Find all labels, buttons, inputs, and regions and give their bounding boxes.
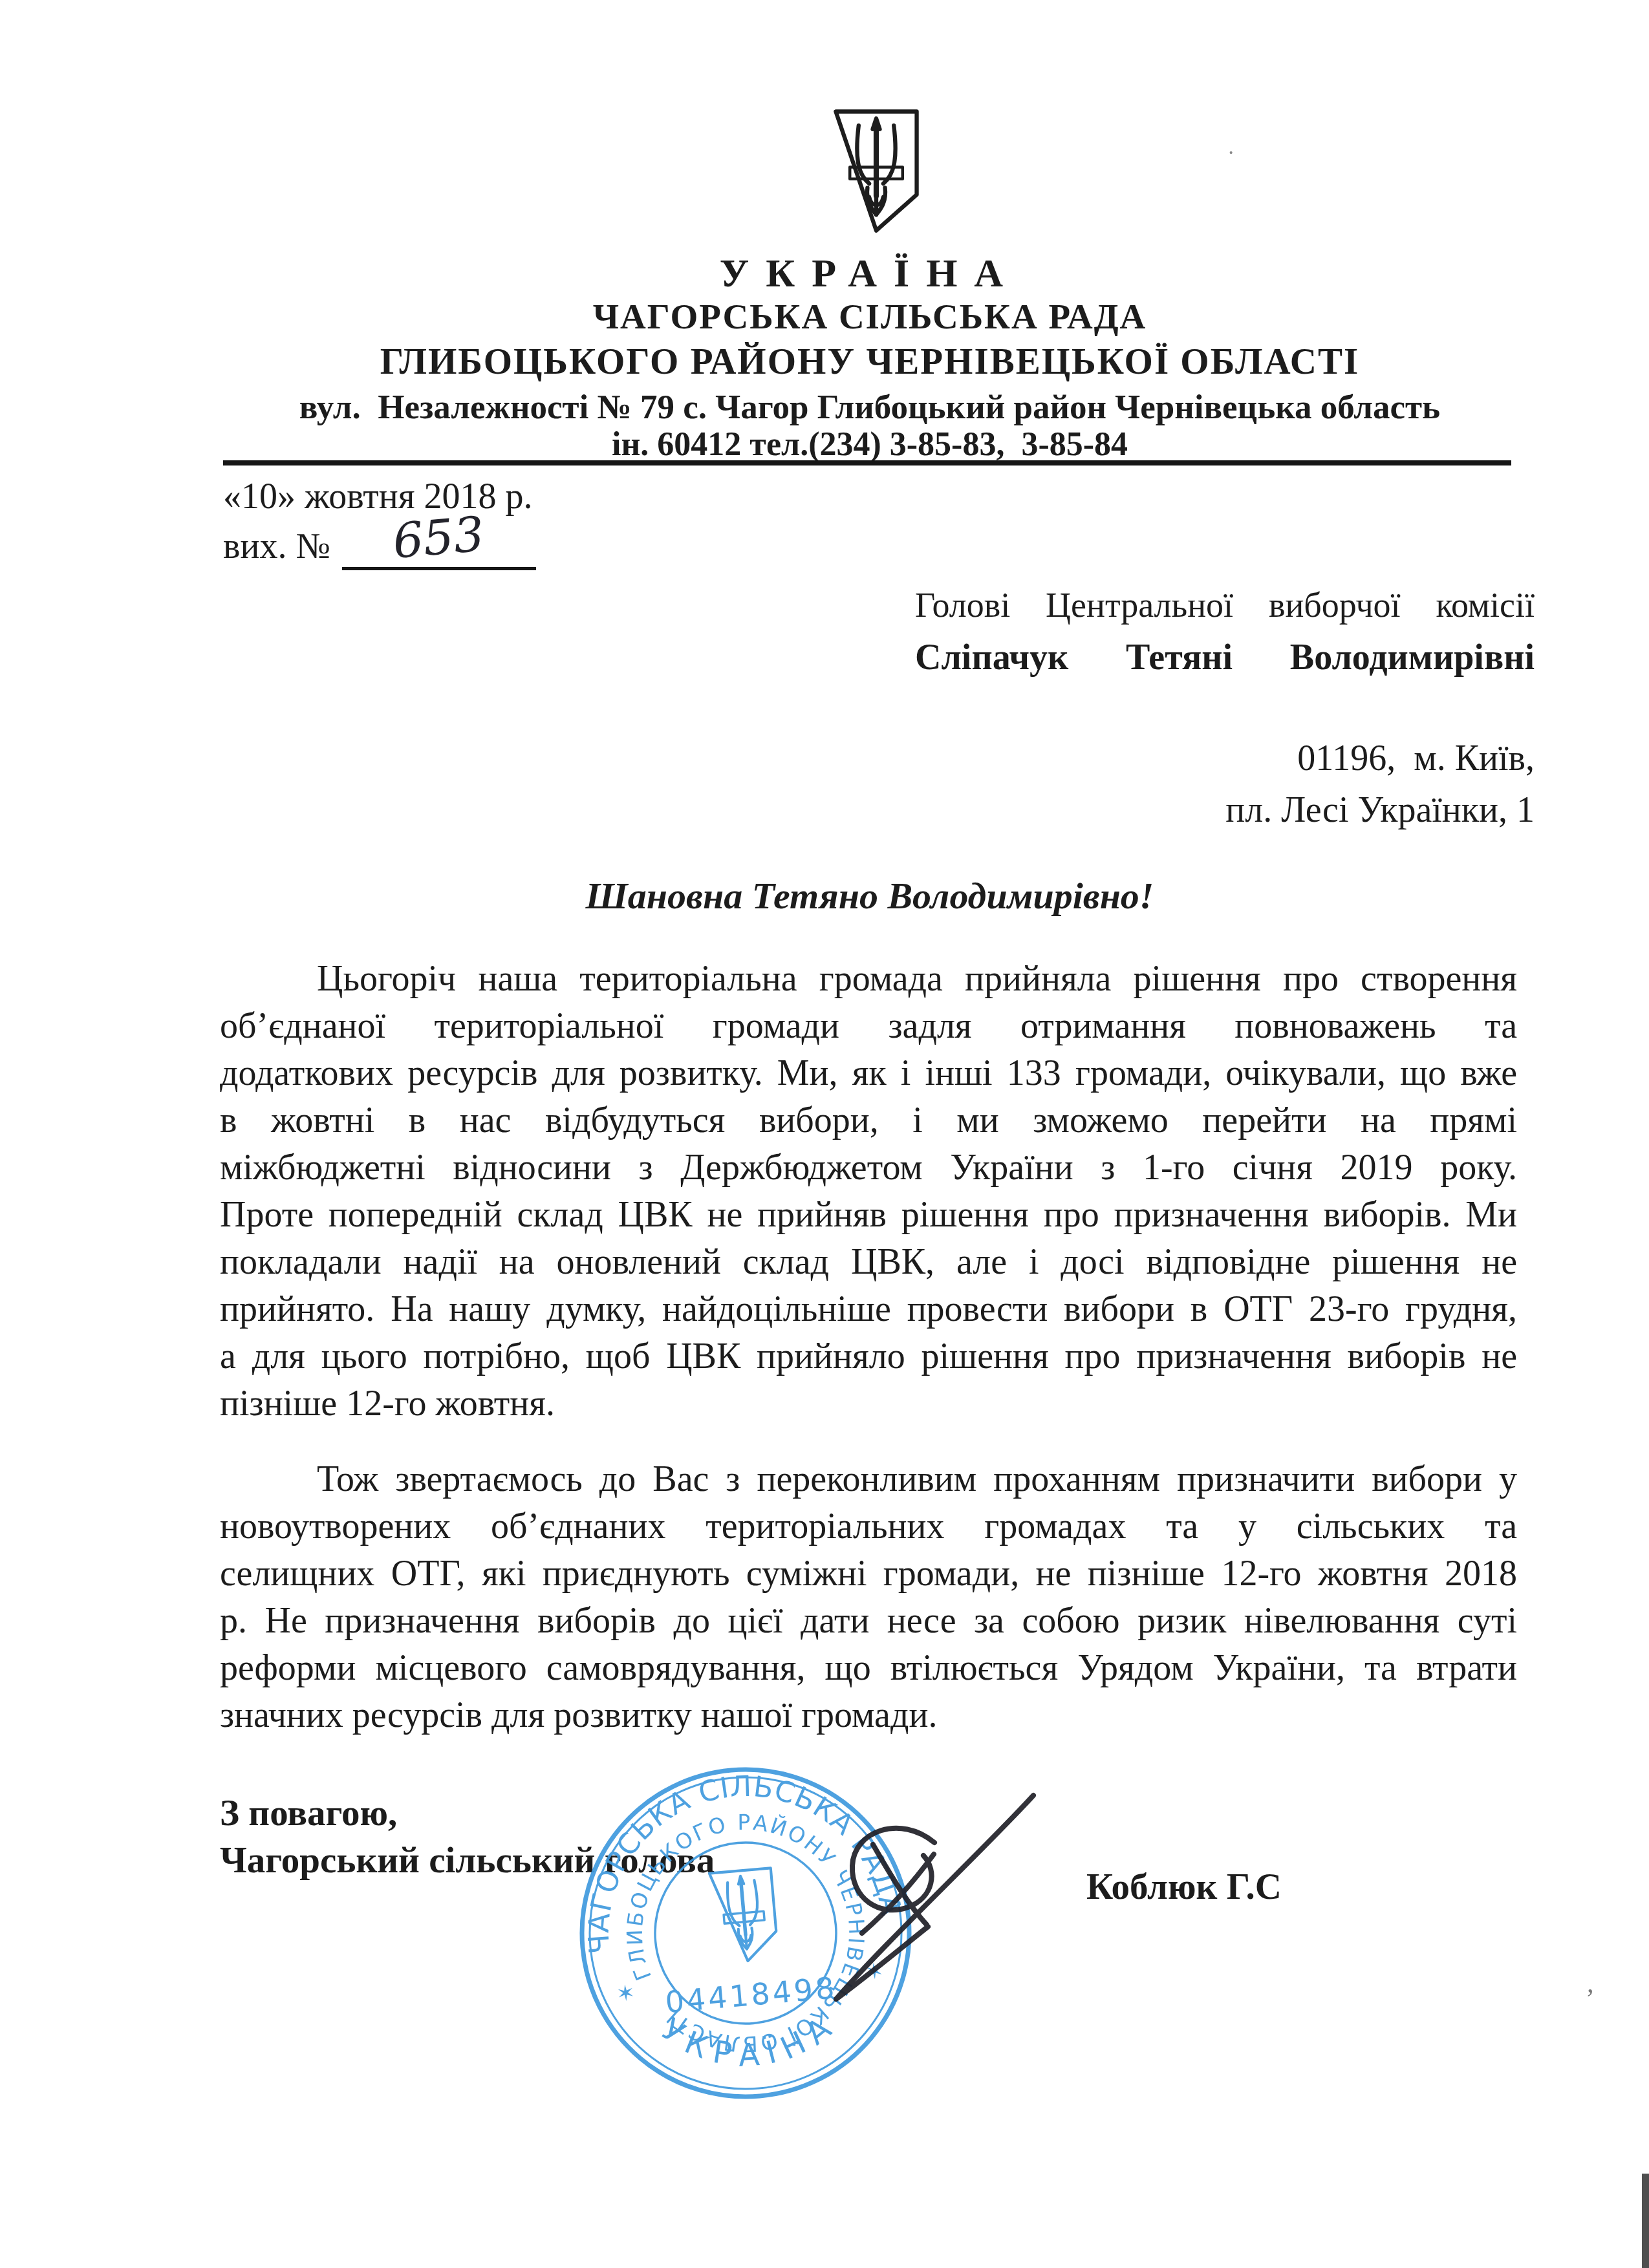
letterhead-country: УКРАЇНА	[220, 251, 1520, 297]
tryzub-coat-of-arms-icon	[832, 107, 920, 235]
ref-underline: 653	[342, 522, 536, 570]
letterhead-contacts: ін. 60412 тел.(234) 3-85-83, 3-85-84	[220, 425, 1520, 464]
body-paragraph: Тож звертаємось до Вас з переконливим пр…	[220, 1456, 1517, 1739]
body-line: реформи місцевого самоврядування, що вті…	[220, 1645, 1517, 1692]
body-line: а для цього потрібно, щоб ЦВК прийняло р…	[220, 1333, 1517, 1380]
letterhead-divider	[223, 460, 1511, 465]
addressee-block: Голові Центральної виборчої комісії Сліп…	[915, 585, 1535, 831]
stamp-star-left-icon: ✶	[616, 1981, 636, 2006]
letterhead-address: вул. Незалежності № 79 с. Чагор Глибоцьк…	[220, 388, 1520, 427]
body-paragraph: Цьогоріч наша територіальна громада прий…	[220, 956, 1517, 1428]
addressee-position: Голові Центральної виборчої комісії	[915, 585, 1535, 625]
body-line: об’єднаної територіальної громади задля …	[220, 1003, 1517, 1050]
letter-date: «10» жовтня 2018 р.	[223, 476, 533, 517]
official-round-stamp: ЧАГОРСЬКА СІЛЬСЬКА РАДА УКРАЇНА ГЛИБОЦЬК…	[550, 1738, 941, 2128]
addressee-name: Сліпачук Тетяні Володимирівні	[915, 637, 1535, 678]
stamp-tryzub-icon	[709, 1868, 779, 1963]
salutation: Шановна Тетяно Володимирівно!	[220, 874, 1520, 917]
body-line: р. Не призначення виборів до цієї дати н…	[220, 1598, 1517, 1645]
body-line: покладали надії на оновлений склад ЦВК, …	[220, 1239, 1517, 1286]
body-line: Тож звертаємось до Вас з переконливим пр…	[220, 1456, 1517, 1503]
stamp-star-right-icon: ✶	[864, 1960, 885, 1985]
body-line: значних ресурсів для розвитку нашої гром…	[220, 1692, 1517, 1739]
closing-phrase: З повагою,	[220, 1792, 397, 1834]
body-line: Цьогоріч наша територіальна громада прий…	[220, 956, 1517, 1003]
letterhead-org-region: ГЛИБОЦЬКОГО РАЙОНУ ЧЕРНІВЕЦЬКОЇ ОБЛАСТІ	[220, 341, 1520, 383]
addressee-postcode-city: 01196, м. Київ,	[915, 738, 1535, 779]
body-line: Проте попередній склад ЦВК не прийняв рі…	[220, 1192, 1517, 1239]
handwritten-ref-number: 653	[391, 515, 486, 561]
scan-edge-artifact	[1642, 2174, 1649, 2268]
body-line: прийнято. На нашу думку, найдоцільніше п…	[220, 1286, 1517, 1333]
body-line: селищних ОТГ, які приєднують суміжні гро…	[220, 1550, 1517, 1598]
letter-body: Цьогоріч наша територіальна громада прий…	[220, 956, 1517, 1768]
scanned-letter-page: УКРАЇНА ЧАГОРСЬКА СІЛЬСЬКА РАДА ГЛИБОЦЬК…	[0, 0, 1649, 2268]
letterhead-org-name: ЧАГОРСЬКА СІЛЬСЬКА РАДА	[220, 296, 1520, 337]
scan-speck: ’	[1586, 1984, 1595, 2015]
body-line: міжбюджетні відносини з Держбюджетом Укр…	[220, 1144, 1517, 1192]
addressee-street: пл. Лесі Українки, 1	[915, 789, 1535, 831]
body-line: пізніше 12-го жовтня.	[220, 1380, 1517, 1428]
ref-prefix: вих. №	[223, 526, 330, 566]
signer-name: Коблюк Г.С	[1086, 1866, 1282, 1908]
body-line: в жовтні в нас відбудуться вибори, і ми …	[220, 1097, 1517, 1144]
body-line: новоутворених об’єднаних територіальних …	[220, 1503, 1517, 1550]
body-line: додаткових ресурсів для розвитку. Ми, як…	[220, 1050, 1517, 1097]
scan-speck: ·	[1227, 141, 1234, 166]
outgoing-ref-line: вих. №653	[223, 522, 536, 570]
